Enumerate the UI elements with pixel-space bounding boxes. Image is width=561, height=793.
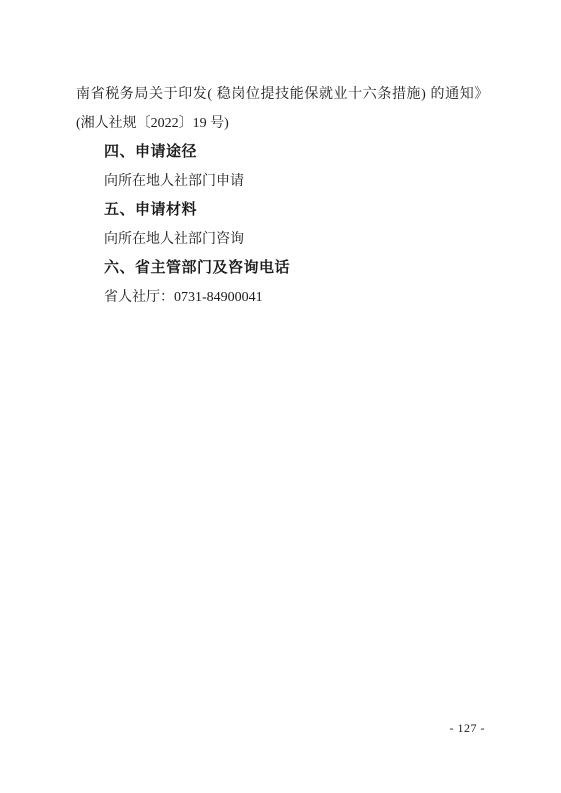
page-number: - 127 - xyxy=(450,720,486,736)
section-body-application-materials: 向所在地人社部门咨询 xyxy=(76,225,489,254)
notice-title-continuation: 南省税务局关于印发( 稳岗位提技能保就业十六条措施) 的通知》 xyxy=(76,80,489,109)
section-body-application-channel: 向所在地人社部门申请 xyxy=(76,167,489,196)
document-number-line: (湘人社规〔2022〕19 号) xyxy=(76,109,489,138)
section-heading-application-channel: 四、申请途径 xyxy=(76,138,489,167)
section-heading-department-phone: 六、省主管部门及咨询电话 xyxy=(76,254,489,283)
section-body-department-phone: 省人社厅：0731-84900041 xyxy=(76,283,489,312)
document-page: 南省税务局关于印发( 稳岗位提技能保就业十六条措施) 的通知》 (湘人社规〔20… xyxy=(0,0,561,793)
document-content: 南省税务局关于印发( 稳岗位提技能保就业十六条措施) 的通知》 (湘人社规〔20… xyxy=(76,80,489,312)
section-heading-application-materials: 五、申请材料 xyxy=(76,196,489,225)
